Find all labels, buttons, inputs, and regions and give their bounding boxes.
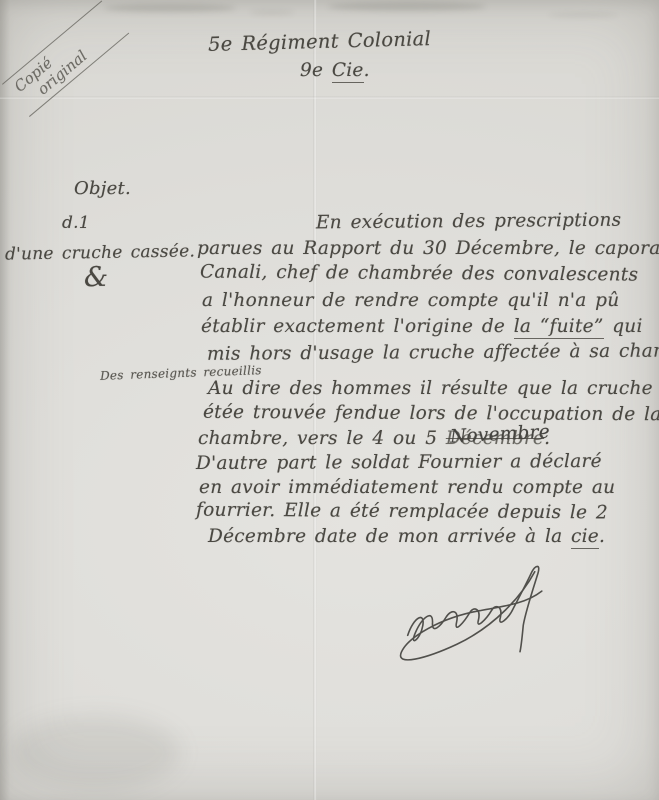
body-line-8: étée trouvée fendue lors de l'occupation… <box>203 402 659 425</box>
body-line-11: en avoir immédiatement rendu compte au <box>199 477 615 498</box>
company-abbrev-underlined: Cie <box>332 60 364 83</box>
water-stain <box>10 715 180 790</box>
overwritten-month: DécembreNovembre <box>446 428 544 449</box>
letterhead-regiment: 5e Régiment Colonial <box>208 27 432 56</box>
copy-annotation: Copié original <box>2 0 129 117</box>
ink-smudge <box>328 2 486 11</box>
margin-objet-label: Objet. <box>74 178 131 199</box>
ink-smudge <box>104 4 236 12</box>
body-line-6: mis hors d'usage la cruche affectée à sa… <box>207 340 659 365</box>
company-number: 9e <box>300 60 332 81</box>
paper-edge-shadow <box>0 0 10 800</box>
body-line-5-end: qui <box>604 316 643 337</box>
body-line-2: parues au Rapport du 30 Décembre, le cap… <box>197 238 659 259</box>
letterhead-company: 9e Cie. <box>300 60 370 81</box>
signature-flourish-icon <box>368 557 587 673</box>
body-line-13-end: . <box>599 526 605 547</box>
body-line-13-text: Décembre date de mon arrivée à la <box>208 526 571 547</box>
body-line-1: En exécution des prescriptions <box>316 210 622 234</box>
body-line-9: chambre, vers le 4 ou 5 DécembreNovembre… <box>198 428 550 449</box>
ink-smudge <box>250 10 294 15</box>
body-line-3: Canali, chef de chambrée des convalescen… <box>200 261 638 285</box>
body-line-5-text: établir exactement l'origine de <box>201 316 514 337</box>
body-line-7: Au dire des hommes il résulte que la cru… <box>208 378 659 399</box>
body-line-12: fourrier. Elle a été remplacée depuis le… <box>196 500 608 524</box>
vertical-fold-crease <box>313 0 317 800</box>
body-line-10: D'autre part le soldat Fournier a déclar… <box>196 451 602 474</box>
body-line-5: établir exactement l'origine de la “fuit… <box>201 316 643 337</box>
ink-smudge <box>548 12 618 18</box>
company-period: . <box>364 60 370 81</box>
body-line-4: a l'honneur de rendre compte qu'il n'a p… <box>202 290 619 311</box>
margin-reference: d.1 <box>62 213 90 233</box>
underlined-word-cie: cie <box>571 526 599 549</box>
body-line-13: Décembre date de mon arrivée à la cie. <box>208 526 605 547</box>
horizontal-fold-crease <box>0 96 659 99</box>
margin-flourish: & <box>84 262 108 293</box>
underlined-word-fuite: la “fuite” <box>514 316 604 339</box>
scanned-letter-page: Copié original 5e Régiment Colonial 9e C… <box>0 0 659 800</box>
body-line-9-text: chambre, vers le 4 ou 5 <box>198 428 446 449</box>
